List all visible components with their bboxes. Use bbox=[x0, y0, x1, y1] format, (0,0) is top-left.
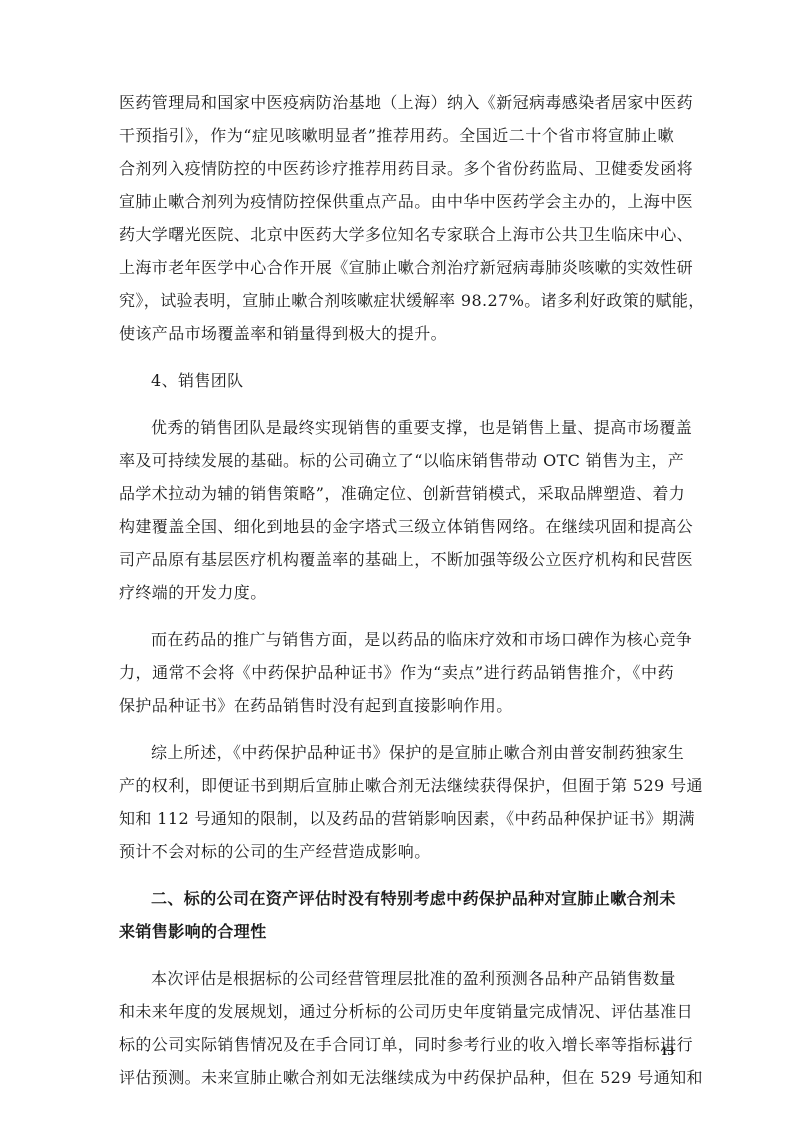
paragraph-summary: 综上所述，《中药保护品种证书》保护的是宣肺止嗽合剂由普安制药独家生 产的权利，即… bbox=[119, 736, 674, 868]
text-line: 上海市老年医学中心合作开展《宣肺止嗽合剂治疗新冠病毒肺炎咳嗽的实效性研 bbox=[119, 251, 674, 284]
text-line: 标的公司实际销售情况及在手合同订单，同时参考行业的收入增长率等指标进行 bbox=[119, 1028, 674, 1061]
text-line: 优秀的销售团队是最终实现销售的重要支撑，也是销售上量、提高市场覆盖 bbox=[119, 411, 674, 444]
text-line: 预计不会对标的公司的生产经营造成影响。 bbox=[119, 835, 674, 868]
text-line: 宣肺止嗽合剂列为疫情防控保供重点产品。由中华中医药学会主办的，上海中医 bbox=[119, 185, 674, 218]
text-line: 干预指引》，作为“症见咳嗽明显者”推荐用药。全国近二十个省市将宣肺止嗽 bbox=[119, 119, 674, 152]
text-line: 究》，试验表明，宣肺止嗽合剂咳嗽症状缓解率 98.27%。诸多利好政策的赋能， bbox=[119, 284, 674, 317]
text-line: 率及可持续发展的基础。标的公司确立了“以临床销售带动 OTC 销售为主，产 bbox=[119, 444, 674, 477]
text-line: 构建覆盖全国、细化到地县的金字塔式三级立体销售网络。在继续巩固和提高公 bbox=[119, 510, 674, 543]
text-line: 知和 112 号通知的限制，以及药品的营销影响因素，《中药品种保护证书》期满 bbox=[119, 802, 674, 835]
paragraph-policy-support: 医药管理局和国家中医疫病防治基地（上海）纳入《新冠病毒感染者居家中医药 干预指引… bbox=[119, 86, 674, 350]
text-line: 合剂列入疫情防控的中医药诊疗推荐用药目录。多个省份药监局、卫健委发函将 bbox=[119, 152, 674, 185]
text-line: 疗终端的开发力度。 bbox=[119, 576, 674, 609]
heading-line: 二、标的公司在资产评估时没有特别考虑中药保护品种对宣肺止嗽合剂未 bbox=[119, 882, 674, 915]
text-line: 药大学曙光医院、北京中医药大学多位知名专家联合上海市公共卫生临床中心、 bbox=[119, 218, 674, 251]
paragraph-sales-team: 优秀的销售团队是最终实现销售的重要支撑，也是销售上量、提高市场覆盖 率及可持续发… bbox=[119, 411, 674, 609]
text-line: 综上所述，《中药保护品种证书》保护的是宣肺止嗽合剂由普安制药独家生 bbox=[119, 736, 674, 769]
text-line: 和未来年度的发展规划，通过分析标的公司历史年度销量完成情况、评估基准日 bbox=[119, 995, 674, 1028]
text-line: 使该产品市场覆盖率和销量得到极大的提升。 bbox=[119, 317, 674, 350]
paragraph-valuation: 本次评估是根据标的公司经营管理层批准的盈利预测各品种产品销售数量 和未来年度的发… bbox=[119, 962, 674, 1094]
text-line: 而在药品的推广与销售方面，是以药品的临床疗效和市场口碑作为核心竞争 bbox=[119, 623, 674, 656]
text-line: 司产品原有基层医疗机构覆盖率的基础上，不断加强等级公立医疗机构和民营医 bbox=[119, 543, 674, 576]
sub-heading: 4、销售团队 bbox=[119, 364, 674, 397]
text-line: 品学术拉动为辅的销售策略”，准确定位、创新营销模式，采取品牌塑造、着力 bbox=[119, 477, 674, 510]
page-number: 13 bbox=[661, 1043, 674, 1059]
text-line: 保护品种证书》在药品销售时没有起到直接影响作用。 bbox=[119, 689, 674, 722]
section-heading-sales-team: 4、销售团队 bbox=[119, 364, 674, 397]
paragraph-promotion: 而在药品的推广与销售方面，是以药品的临床疗效和市场口碑作为核心竞争 力，通常不会… bbox=[119, 623, 674, 722]
heading-line: 来销售影响的合理性 bbox=[119, 915, 674, 948]
text-line: 产的权利，即便证书到期后宣肺止嗽合剂无法继续获得保护，但囿于第 529 号通 bbox=[119, 769, 674, 802]
text-line: 评估预测。未来宣肺止嗽合剂如无法继续成为中药保护品种，但在 529 号通知和 bbox=[119, 1061, 674, 1094]
text-line: 医药管理局和国家中医疫病防治基地（上海）纳入《新冠病毒感染者居家中医药 bbox=[119, 86, 674, 119]
document-page: 医药管理局和国家中医疫病防治基地（上海）纳入《新冠病毒感染者居家中医药 干预指引… bbox=[119, 86, 674, 1094]
section-heading-valuation: 二、标的公司在资产评估时没有特别考虑中药保护品种对宣肺止嗽合剂未 来销售影响的合… bbox=[119, 882, 674, 948]
text-line: 本次评估是根据标的公司经营管理层批准的盈利预测各品种产品销售数量 bbox=[119, 962, 674, 995]
text-line: 力，通常不会将《中药保护品种证书》作为“卖点”进行药品销售推介，《中药 bbox=[119, 656, 674, 689]
